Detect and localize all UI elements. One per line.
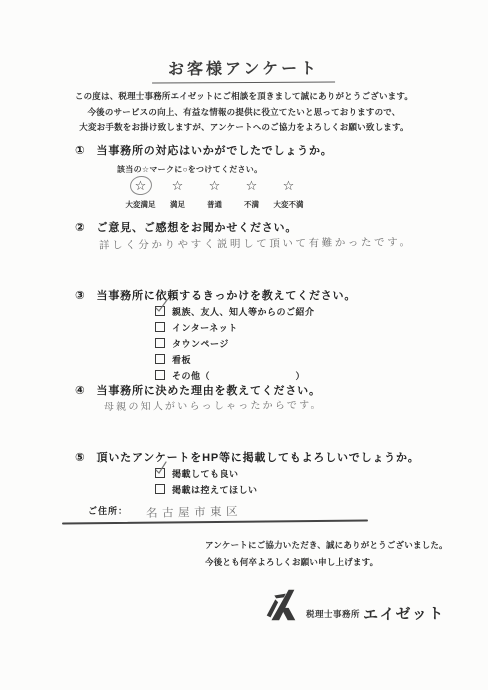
title-wrap: お客様アンケート — [0, 56, 488, 83]
question-4-text: 当事務所に決めた理由を教えてください。 — [97, 385, 321, 397]
option-publish-ok[interactable]: 掲載しても良い — [155, 465, 258, 481]
checkbox[interactable] — [155, 354, 165, 364]
question-1-number: ① — [75, 145, 86, 157]
checkbox[interactable] — [155, 338, 165, 348]
option-label: 掲載は控えてほしい — [172, 483, 258, 496]
question-1-text: 当事務所の対応はいかがでしたでしょうか。 — [97, 145, 333, 157]
address-label: ご住所： — [88, 506, 128, 516]
star-icon[interactable]: ☆ — [135, 178, 147, 193]
option-label: 掲載しても良い — [172, 467, 239, 480]
azet-logo-icon — [260, 586, 302, 626]
question-1-instruction: 該当の☆マークに○をつけてください。 — [117, 164, 262, 175]
question-2-handwritten-answer: 詳しく分かりやすく説明して頂いて有難かったです。 — [99, 234, 413, 252]
rating-option-very-satisfied[interactable]: ☆ 大変満足 — [122, 177, 159, 210]
option-referral[interactable]: 親族、友人、知人等からのご紹介 — [155, 303, 315, 319]
intro-paragraph: この度は、税理士事務所エイゼットにご相談を頂きまして誠にありがとうございます。 … — [0, 89, 488, 136]
office-type-label: 税理士事務所 — [306, 608, 360, 620]
rating-row: ☆ 大変満足 ☆ 満足 ☆ 普通 ☆ 不満 ☆ 大変不満 — [122, 177, 307, 210]
checkbox[interactable] — [155, 370, 165, 380]
closing-line-2: 今後とも何卒よろしくお願い申し上げます。 — [205, 554, 448, 571]
question-3-text: 当事務所に依頼するきっかけを教えてください。 — [97, 290, 357, 302]
star-icon[interactable]: ☆ — [209, 178, 221, 193]
question-2-number: ② — [75, 222, 86, 234]
star-icon[interactable]: ☆ — [283, 178, 295, 193]
option-publish-refrain[interactable]: 掲載は控えてほしい — [155, 481, 258, 497]
question-3-options: 親族、友人、知人等からのご紹介 インターネット タウンページ 看板 その他（ ） — [155, 303, 315, 383]
question-4-number: ④ — [75, 385, 86, 397]
office-signature: 税理士事務所 エイゼット — [260, 586, 445, 626]
option-label: タウンページ — [172, 337, 229, 350]
option-townpage[interactable]: タウンページ — [155, 335, 315, 351]
question-2-text: ご意見、ご感想をお聞かせください。 — [97, 222, 298, 234]
rating-label: 満足 — [159, 199, 196, 210]
option-signboard[interactable]: 看板 — [155, 351, 315, 367]
intro-line-3: 大変お手数をお掛け致しますが、アンケートへのご協力をよろしくお願い致します。 — [0, 120, 488, 136]
checkbox-checked[interactable] — [155, 468, 165, 478]
rating-label: 大変満足 — [122, 199, 159, 210]
checkbox[interactable] — [155, 484, 165, 494]
intro-line-2: 今後のサービスの向上、有益な情報の提供に役立てたいと思っておりますので、 — [0, 105, 488, 121]
star-icon[interactable]: ☆ — [172, 178, 184, 193]
option-internet[interactable]: インターネット — [155, 319, 315, 335]
address-handwritten-value: 名古屋市東区 — [146, 503, 242, 521]
rating-option-very-dissatisfied[interactable]: ☆ 大変不満 — [270, 177, 307, 210]
rating-option-average[interactable]: ☆ 普通 — [196, 177, 233, 210]
address-row: ご住所： 名古屋市東区 — [88, 501, 242, 520]
rating-label: 大変不満 — [270, 199, 307, 210]
option-label: その他（ ） — [172, 369, 305, 382]
closing-paragraph: アンケートにご協力いただき、誠にありがとうございました。 今後とも何卒よろしくお… — [205, 537, 448, 570]
office-name-label: エイゼット — [363, 602, 445, 624]
selected-rating-circle-mark — [128, 174, 153, 197]
question-5-text: 頂いたアンケートをHP等に掲載してもよろしいでしょうか。 — [97, 452, 420, 464]
option-label: 親族、友人、知人等からのご紹介 — [172, 305, 315, 318]
question-5-options: 掲載しても良い 掲載は控えてほしい — [155, 465, 258, 497]
rating-option-dissatisfied[interactable]: ☆ 不満 — [233, 177, 270, 210]
closing-line-1: アンケートにご協力いただき、誠にありがとうございました。 — [205, 537, 448, 554]
question-3-header: ③当事務所に依頼するきっかけを教えてください。 — [75, 287, 356, 303]
question-2-header: ②ご意見、ご感想をお聞かせください。 — [75, 219, 297, 235]
question-5-number: ⑤ — [75, 452, 86, 464]
address-underline — [62, 520, 368, 525]
rating-option-satisfied[interactable]: ☆ 満足 — [159, 177, 196, 210]
scanned-survey-page: お客様アンケート この度は、税理士事務所エイゼットにご相談を頂きまして誠にありが… — [0, 0, 488, 690]
checkbox-checked[interactable] — [155, 306, 165, 316]
option-label: 看板 — [172, 353, 191, 366]
rating-label: 普通 — [196, 199, 233, 210]
question-5-header: ⑤頂いたアンケートをHP等に掲載してもよろしいでしょうか。 — [75, 449, 420, 465]
option-label: インターネット — [172, 321, 238, 334]
page-title: お客様アンケート — [152, 56, 335, 84]
rating-label: 不満 — [233, 199, 270, 210]
question-3-number: ③ — [75, 290, 86, 302]
question-4-handwritten-answer: 母親の知人がいらっしゃったからです。 — [104, 396, 323, 413]
intro-line-1: この度は、税理士事務所エイゼットにご相談を頂きまして誠にありがとうございます。 — [0, 89, 488, 105]
question-1-header: ①当事務所の対応はいかがでしたでしょうか。 — [75, 142, 333, 158]
star-icon[interactable]: ☆ — [246, 178, 258, 193]
checkbox[interactable] — [155, 322, 165, 332]
option-other[interactable]: その他（ ） — [155, 367, 315, 383]
